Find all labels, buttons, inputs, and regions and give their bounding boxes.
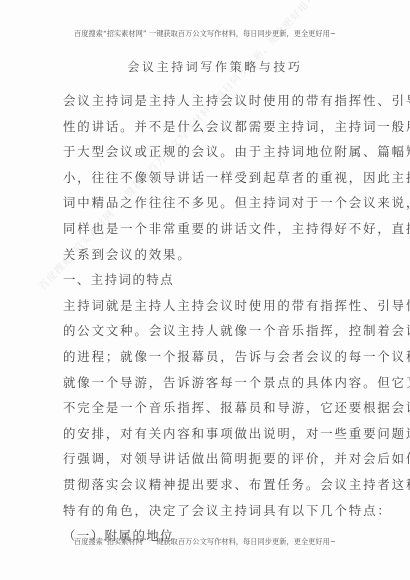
section-heading: 一、主持词的特点 bbox=[63, 267, 353, 293]
paragraph-line: 性的讲话。并不是什么会议都需要主持词，主持词一般用 bbox=[63, 114, 353, 140]
paragraph-line: 会议主持词是主持人主持会议时使用的带有指挥性、引导 bbox=[63, 88, 353, 114]
page-footer-note: 百度搜索“招实素材网” 一键获取百万公文写作材料，每日同步更新，更全更好用~ bbox=[0, 537, 410, 547]
paragraph-line: 同样也是一个非常重要的讲话文件，主持得好不好，直接 bbox=[63, 216, 353, 242]
document-title: 会议主持词写作策略与技巧 bbox=[0, 58, 410, 75]
document-body: 会议主持词是主持人主持会议时使用的带有指挥性、引导 性的讲话。并不是什么会议都需… bbox=[63, 88, 353, 549]
paragraph-line: 的安排，对有关内容和事项做出说明，对一些重要问题进 bbox=[63, 421, 353, 447]
document-page: 百度搜索“招实素材网” 一键获取百万公文写作材料，每日同步更新，更全更好用~ 会… bbox=[0, 0, 410, 580]
paragraph-line: 词中精品之作往往不多见。但主持词对于一个会议来说， bbox=[63, 190, 353, 216]
paragraph-line: 于大型会议或正规的会议。由于主持词地位附属、篇幅短 bbox=[63, 139, 353, 165]
paragraph-line: 的进程；就像一个报幕员，告诉与会者会议的每一个议程 bbox=[63, 344, 353, 370]
paragraph-line: 特有的角色，决定了会议主持词具有以下几个特点： bbox=[63, 498, 353, 524]
paragraph-line: 就像一个导游，告诉游客每一个景点的具体内容。但它又 bbox=[63, 370, 353, 396]
paragraph-line: 的公文文种。会议主持人就像一个音乐指挥，控制着会议 bbox=[63, 318, 353, 344]
paragraph-line: 行强调，对领导讲话做出简明扼要的评价，并对会后如何 bbox=[63, 446, 353, 472]
paragraph-line: 小，往往不像领导讲话一样受到起草者的重视，因此主持 bbox=[63, 165, 353, 191]
paragraph-line: 主持词就是主持人主持会议时使用的带有指挥性、引导性 bbox=[63, 293, 353, 319]
paragraph-line: 不完全是一个音乐指挥、报幕员和导游，它还要根据会议 bbox=[63, 395, 353, 421]
paragraph-line: 关系到会议的效果。 bbox=[63, 242, 353, 268]
paragraph-line: 贯彻落实会议精神提出要求、布置任务。会议主持者这种 bbox=[63, 472, 353, 498]
page-header-note: 百度搜索“招实素材网” 一键获取百万公文写作材料，每日同步更新，更全更好用~ bbox=[0, 29, 410, 39]
